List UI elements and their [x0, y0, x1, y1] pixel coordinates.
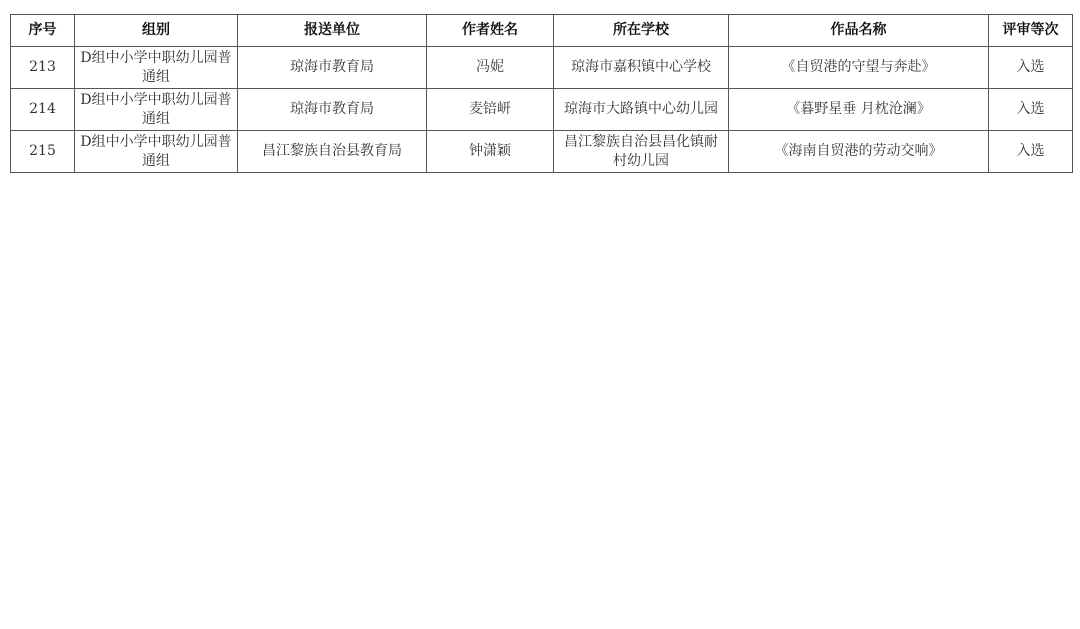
cell-author: 钟潇颖 [427, 131, 554, 173]
cell-rating: 入选 [989, 131, 1073, 173]
cell-submitting-unit: 昌江黎族自治县教育局 [238, 131, 427, 173]
table-header-row: 序号 组别 报送单位 作者姓名 所在学校 作品名称 评审等次 [11, 15, 1073, 47]
table-row: 215 D组中小学中职幼儿园普通组 昌江黎族自治县教育局 钟潇颖 昌江黎族自治县… [11, 131, 1073, 173]
cell-rating: 入选 [989, 89, 1073, 131]
header-author: 作者姓名 [427, 15, 554, 47]
header-index: 序号 [11, 15, 75, 47]
cell-group: D组中小学中职幼儿园普通组 [75, 89, 238, 131]
cell-work-title: 《暮野星垂 月枕沧澜》 [729, 89, 989, 131]
cell-school: 琼海市大路镇中心幼儿园 [554, 89, 729, 131]
cell-group: D组中小学中职幼儿园普通组 [75, 131, 238, 173]
cell-author: 冯妮 [427, 47, 554, 89]
cell-submitting-unit: 琼海市教育局 [238, 89, 427, 131]
header-submitting-unit: 报送单位 [238, 15, 427, 47]
header-group: 组别 [75, 15, 238, 47]
cell-author: 麦锫岍 [427, 89, 554, 131]
table-row: 213 D组中小学中职幼儿园普通组 琼海市教育局 冯妮 琼海市嘉积镇中心学校 《… [11, 47, 1073, 89]
cell-work-title: 《自贸港的守望与奔赴》 [729, 47, 989, 89]
results-table: 序号 组别 报送单位 作者姓名 所在学校 作品名称 评审等次 213 D组中小学… [10, 14, 1073, 173]
cell-index: 213 [11, 47, 75, 89]
cell-submitting-unit: 琼海市教育局 [238, 47, 427, 89]
cell-index: 215 [11, 131, 75, 173]
table-row: 214 D组中小学中职幼儿园普通组 琼海市教育局 麦锫岍 琼海市大路镇中心幼儿园… [11, 89, 1073, 131]
header-rating: 评审等次 [989, 15, 1073, 47]
cell-index: 214 [11, 89, 75, 131]
cell-group: D组中小学中职幼儿园普通组 [75, 47, 238, 89]
header-work-title: 作品名称 [729, 15, 989, 47]
cell-school: 琼海市嘉积镇中心学校 [554, 47, 729, 89]
header-school: 所在学校 [554, 15, 729, 47]
cell-work-title: 《海南自贸港的劳动交响》 [729, 131, 989, 173]
cell-rating: 入选 [989, 47, 1073, 89]
cell-school: 昌江黎族自治县昌化镇耐村幼儿园 [554, 131, 729, 173]
